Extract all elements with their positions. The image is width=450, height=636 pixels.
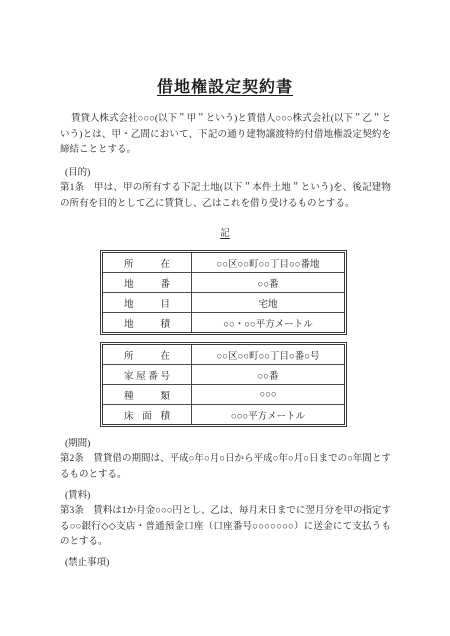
- land-area-value: ○○・○○平方メートル: [192, 313, 344, 332]
- note-heading: 記: [0, 225, 450, 239]
- document-title: 借地権設定契約書: [0, 74, 450, 97]
- land-location-value: ○○区○○町○○丁目○○番地: [192, 253, 344, 272]
- table-row: 所在 ○○区○○町○○丁目○○番地: [103, 253, 344, 273]
- land-area-label: 地積: [124, 316, 170, 330]
- building-type-label: 種類: [124, 388, 170, 402]
- article-2-text: 第2条 賃貸借の期間は、平成○年○月○日から平成○年○月○日までの○年間とするも…: [60, 452, 391, 483]
- table-row: 地積 ○○・○○平方メートル: [103, 313, 344, 332]
- section-label-purpose: (目的): [60, 167, 391, 180]
- building-location-value: ○○区○○町○○丁目○番○号: [192, 345, 344, 364]
- building-number-value: ○○番: [192, 365, 344, 384]
- building-type-value: ○○○: [192, 385, 344, 404]
- section-label-prohibited: (禁止事項): [60, 557, 391, 570]
- building-location-label: 所在: [124, 348, 170, 362]
- building-floor-area-label: 床面積: [124, 408, 170, 422]
- land-description-table: 所在 ○○区○○町○○丁目○○番地 地番 ○○番 地目 宅地 地積 ○○・○○平…: [100, 250, 347, 335]
- table-row: 所在 ○○区○○町○○丁目○番○号: [103, 345, 344, 365]
- table-row: 地番 ○○番: [103, 273, 344, 293]
- land-category-value: 宅地: [192, 293, 344, 312]
- land-lot-number-value: ○○番: [192, 273, 344, 292]
- table-row: 家屋番号 ○○番: [103, 365, 344, 385]
- article-1-text: 第1条 甲は、甲の所有する下記土地(以下＂本件土地＂という)を、後記建物の所有を…: [60, 181, 391, 212]
- land-lot-number-label: 地番: [124, 276, 170, 290]
- land-location-label: 所在: [124, 256, 170, 270]
- building-floor-area-value: ○○○平方メートル: [192, 405, 344, 424]
- intro-paragraph: 賃貸人株式会社○○○(以下＂甲＂という)と賃借人○○○株式会社(以下＂乙＂という…: [60, 112, 391, 159]
- contract-document-page: 借地権設定契約書 賃貸人株式会社○○○(以下＂甲＂という)と賃借人○○○株式会社…: [0, 0, 450, 636]
- section-label-period: (期間): [60, 438, 391, 451]
- table-row: 種類 ○○○: [103, 385, 344, 405]
- table-row: 床面積 ○○○平方メートル: [103, 405, 344, 424]
- land-category-label: 地目: [124, 296, 170, 310]
- article-3-text: 第3条 賃料は1か月金○○○円とし、乙は、毎月末日までに翌月分を甲の指定する○○…: [60, 504, 391, 551]
- section-label-rent: (賃料): [60, 490, 391, 503]
- table-row: 地目 宅地: [103, 293, 344, 313]
- building-number-label: 家屋番号: [124, 368, 170, 382]
- building-description-table: 所在 ○○区○○町○○丁目○番○号 家屋番号 ○○番 種類 ○○○ 床面積 ○○…: [100, 342, 347, 427]
